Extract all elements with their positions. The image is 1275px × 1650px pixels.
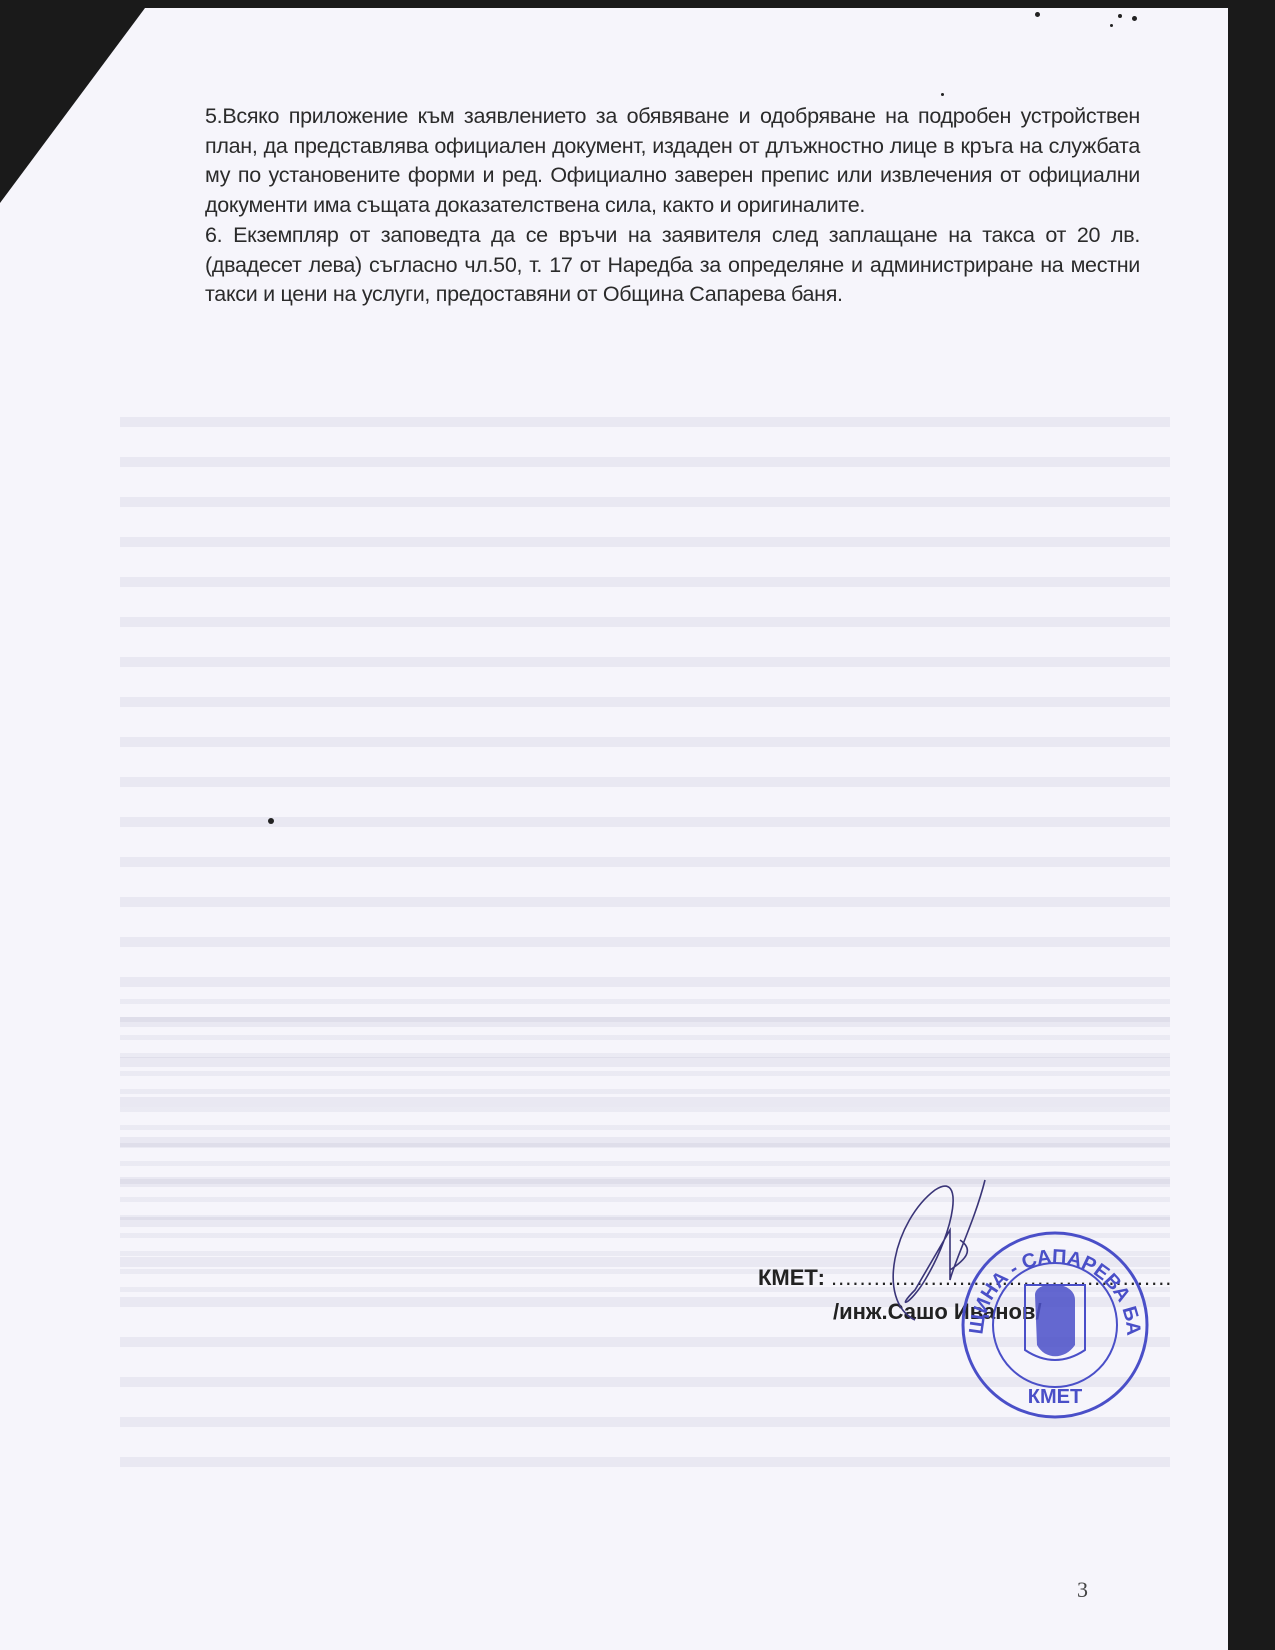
scan-speck xyxy=(941,93,944,96)
scan-speck xyxy=(1035,12,1040,17)
municipal-stamp-icon: ОБЩИНА - САПАРЕВА БАНЯ КМЕТ xyxy=(955,1225,1155,1425)
scan-speck xyxy=(1132,16,1137,21)
document-body: 5.Всяко приложение към заявлението за об… xyxy=(205,102,1140,310)
paragraph-5: 5.Всяко приложение към заявлението за об… xyxy=(205,102,1140,221)
scan-speck xyxy=(1118,14,1122,18)
page-number: 3 xyxy=(1077,1577,1088,1603)
svg-text:КМЕТ: КМЕТ xyxy=(1028,1386,1082,1408)
scan-speck xyxy=(268,818,274,824)
scan-speck xyxy=(1110,24,1113,27)
paragraph-6: 6. Екземпляр от заповедта да се връчи на… xyxy=(205,221,1140,310)
